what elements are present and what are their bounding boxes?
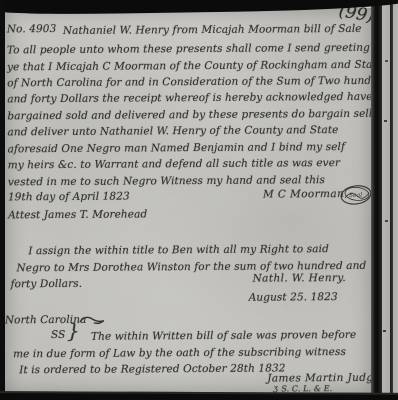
certification-line: me in due form of Law by the oath of the… — [13, 346, 346, 360]
seal-label: Seal — [349, 192, 362, 199]
entry-number: No. 4903 — [7, 23, 57, 35]
deed-line: To all people unto whom these presents s… — [7, 42, 398, 57]
wax-seal-scribble: Seal — [338, 182, 374, 208]
book-gutter-shadow — [371, 0, 382, 400]
deed-line: bargained sold and delivered and by thes… — [7, 108, 372, 123]
judge-signature: James Martin Judge — [267, 372, 380, 385]
attest-line: Attest James T. Morehead — [8, 208, 147, 221]
document-photo: (99) No. 4903 Nathaniel W. Henry from Mi… — [0, 0, 398, 400]
spine-line — [390, 0, 393, 400]
certification-line: The within Written bill of sale was prov… — [91, 329, 356, 343]
ss-brace: } — [67, 319, 80, 343]
assignment-line: I assign the within title to Ben with al… — [28, 243, 329, 257]
assignment-line: forty Dollars. — [11, 278, 83, 290]
flourish — [79, 315, 105, 327]
bottom-edge-shadow — [0, 391, 398, 400]
grantor-signature: M C Moorman — [263, 188, 344, 201]
deed-line: and forty Dollars the receipt whereof is… — [7, 91, 372, 106]
certification-line: It is ordered to be Registered October 2… — [19, 362, 285, 376]
assignment-date: August 25. 1823 — [249, 291, 338, 304]
deed-date-line: 19th day of April 1823 — [8, 190, 130, 203]
entry-heading: Nathaniel W. Henry from Micajah Moorman … — [63, 23, 362, 37]
deed-line: aforesaid One Negro man Named Benjamin a… — [8, 141, 345, 155]
ink-specks — [384, 120, 387, 122]
deed-line: ye that I Micajah C Moorman of the Count… — [7, 59, 383, 74]
handwriting-layer: (99) No. 4903 Nathaniel W. Henry from Mi… — [0, 0, 398, 400]
ss-label: SS — [51, 329, 65, 341]
deed-line: of North Carolina for and in Considerati… — [7, 75, 389, 90]
left-edge-shadow — [0, 0, 5, 400]
deed-line: my heirs &c. to Warrant and defend all s… — [8, 157, 340, 171]
assignor-signature: Nathl. W. Henry. — [253, 272, 347, 285]
deed-line: vested in me to such Negro Witness my ha… — [8, 174, 325, 188]
judge-title-brace: ʒ — [273, 383, 278, 392]
adjacent-page-edge — [382, 0, 398, 400]
deed-line: and deliver unto Nathaniel W. Henry of t… — [7, 124, 338, 138]
